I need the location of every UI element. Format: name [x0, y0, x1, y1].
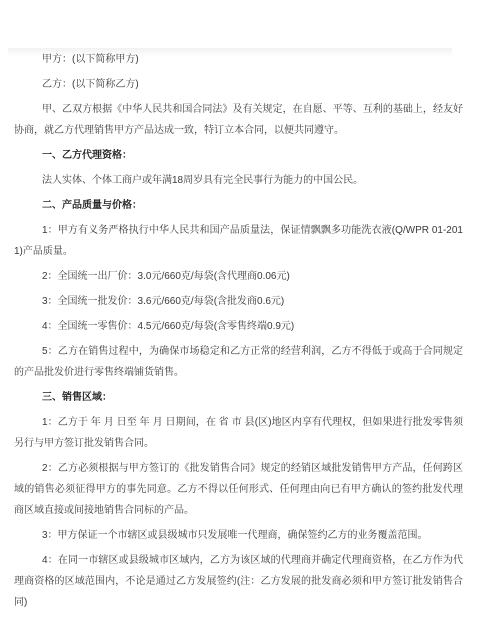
clause-retail-price: 4：全国统一零售价：4.5元/660克/每袋(含零售终端0.9元)	[14, 316, 463, 337]
contract-document-page: 甲方：(以下简称甲方) 乙方：(以下简称乙方) 甲、乙双方根据《中华人民共和国合…	[0, 0, 490, 636]
section-heading-sales-territory: 三、销售区域：	[14, 387, 463, 408]
clause-wholesale-price: 3：全国统一批发价：3.6元/660克/每袋(含批发商0.6元)	[14, 291, 463, 312]
party-b-line: 乙方：(以下简称乙方)	[14, 74, 463, 95]
clause-agent-qualification: 法人实体、个体工商户或年满18周岁具有完全民事行为能力的中国公民。	[14, 170, 463, 191]
clause-territory-term: 1：乙方于 年 月 日至 年 月 日期间，在 省 市 县(区)地区内享有代理权，…	[14, 412, 463, 454]
clause-cross-region: 2：乙方必须根据与甲方签订的《批发销售合同》规定的经销区域批发销售甲方产品，任何…	[14, 458, 463, 521]
party-a-line: 甲方：(以下简称甲方)	[14, 49, 463, 70]
clause-product-quality: 1：甲方有义务严格执行中华人民共和国产品质量法，保证情飘飘多功能洗衣液(Q/WP…	[14, 220, 463, 262]
section-heading-quality-price: 二、产品质量与价格：	[14, 195, 463, 216]
clause-sole-agency: 3：甲方保证一个市辖区或县级城市只发展唯一代理商，确保签约乙方的业务覆盖范围。	[14, 525, 463, 546]
clause-agent-development: 4：在同一市辖区或县级城市区域内，乙方为该区域的代理商并确定代理商资格，在乙方作…	[14, 550, 463, 613]
clause-factory-price: 2：全国统一出厂价：3.0元/660克/每袋(含代理商0.06元)	[14, 266, 463, 287]
section-heading-agent-qualification: 一、乙方代理资格：	[14, 145, 463, 166]
contract-body: 甲方：(以下简称甲方) 乙方：(以下简称乙方) 甲、乙双方根据《中华人民共和国合…	[14, 49, 463, 617]
preamble-paragraph: 甲、乙双方根据《中华人民共和国合同法》及有关规定，在自愿、平等、互利的基础上，经…	[14, 99, 463, 141]
clause-price-restriction: 5：乙方在销售过程中，为确保市场稳定和乙方正常的经营利润，乙方不得低于或高于合同…	[14, 341, 463, 383]
